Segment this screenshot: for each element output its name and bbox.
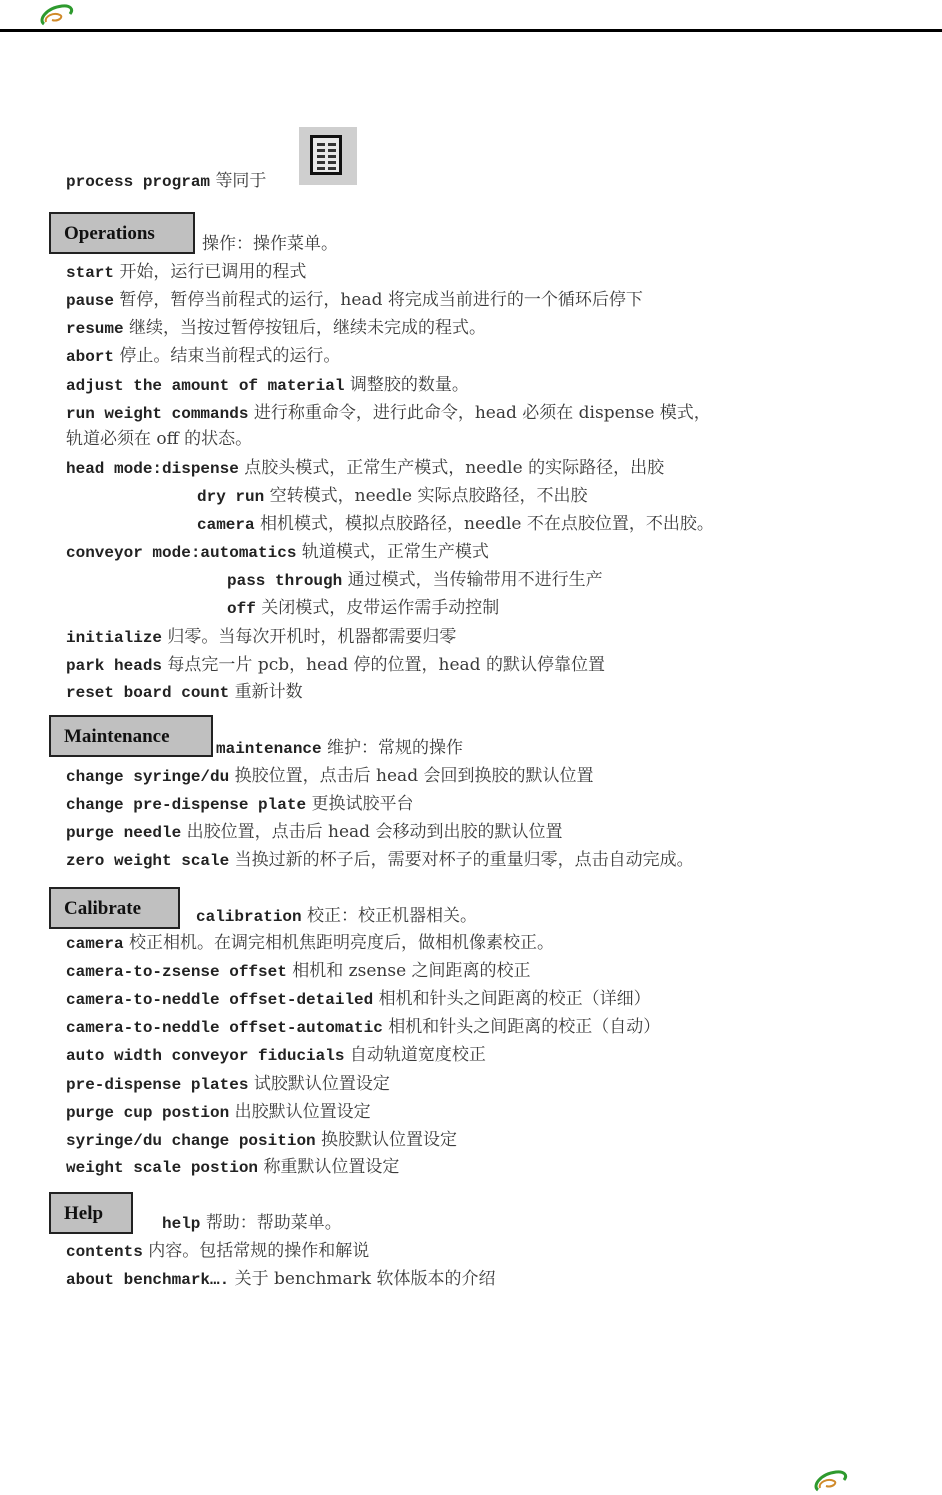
calibrate-desc: calibration 校正：校正机器相关。 xyxy=(196,906,477,927)
list-item: abort 停止。结束当前程式的运行。 xyxy=(66,346,340,367)
swirl-logo-icon xyxy=(36,4,76,26)
list-item: change pre-dispense plate 更换试胶平台 xyxy=(66,794,413,815)
list-item: head mode:dispense 点胶头模式，正常生产模式，needle 的… xyxy=(66,458,664,479)
list-item: start 开始，运行已调用的程式 xyxy=(66,262,306,283)
menu-calibrate[interactable]: Calibrate xyxy=(49,887,180,929)
list-item: camera 校正相机。在调完相机焦距明亮度后，做相机像素校正。 xyxy=(66,933,554,954)
list-item: camera-to-zsense offset 相机和 zsense 之间距离的… xyxy=(66,961,531,982)
menu-maintenance[interactable]: Maintenance xyxy=(49,715,213,757)
intro-en: process program xyxy=(66,173,210,191)
list-item: pre-dispense plates 试胶默认位置设定 xyxy=(66,1074,390,1095)
list-item: weight scale postion 称重默认位置设定 xyxy=(66,1157,399,1178)
header-rule xyxy=(0,29,942,32)
intro-zh: 等同于 xyxy=(215,171,266,191)
list-item-continuation: 轨道必须在 off 的状态。 xyxy=(66,429,252,449)
operations-desc: 操作：操作菜单。 xyxy=(202,234,338,254)
list-item: resume 继续，当按过暂停按钮后，继续未完成的程式。 xyxy=(66,318,486,339)
list-item: run weight commands 进行称重命令，进行此命令，head 必须… xyxy=(66,403,711,424)
list-item: change syringe/du 换胶位置，点击后 head 会回到换胶的默认… xyxy=(66,766,593,787)
list-item: auto width conveyor fiducials 自动轨道宽度校正 xyxy=(66,1045,486,1066)
list-item: purge cup postion 出胶默认位置设定 xyxy=(66,1102,371,1123)
list-item: park heads 每点完一片 pcb，head 停的位置，head 的默认停… xyxy=(66,655,605,676)
list-item: contents 内容。包括常规的操作和解说 xyxy=(66,1241,369,1262)
list-item: initialize 归零。当每次开机时，机器都需要归零 xyxy=(66,627,456,648)
list-item: camera-to-neddle offset-automatic 相机和针头之… xyxy=(66,1017,660,1038)
list-item: reset board count 重新计数 xyxy=(66,682,303,703)
swirl-logo-icon xyxy=(810,1470,850,1492)
menu-help[interactable]: Help xyxy=(49,1192,133,1234)
maintenance-desc: maintenance 维护：常规的操作 xyxy=(216,738,463,759)
list-item: zero weight scale 当换过新的杯子后，需要对杯子的重量归零，点击… xyxy=(66,850,694,871)
list-item: adjust the amount of material 调整胶的数量。 xyxy=(66,375,469,396)
list-item: camera 相机模式，模拟点胶路径，needle 不在点胶位置，不出胶。 xyxy=(197,514,714,535)
list-item: about benchmark…. 关于 benchmark 软体版本的介绍 xyxy=(66,1269,496,1290)
list-item: dry run 空转模式，needle 实际点胶路径，不出胶 xyxy=(197,486,587,507)
list-item: off 关闭模式，皮带运作需手动控制 xyxy=(227,598,499,619)
menu-operations[interactable]: Operations xyxy=(49,212,195,254)
process-program-icon[interactable] xyxy=(299,127,357,185)
list-item: conveyor mode:automatics 轨道模式，正常生产模式 xyxy=(66,542,489,563)
list-item: syringe/du change position 换胶默认位置设定 xyxy=(66,1130,457,1151)
list-item: camera-to-neddle offset-detailed 相机和针头之间… xyxy=(66,989,651,1010)
list-item: purge needle 出胶位置，点击后 head 会移动到出胶的默认位置 xyxy=(66,822,562,843)
list-item: pass through 通过模式，当传输带用不进行生产 xyxy=(227,570,603,591)
list-item: pause 暂停，暂停当前程式的运行，head 将完成当前进行的一个循环后停下 xyxy=(66,290,643,311)
intro-line: process program 等同于 xyxy=(66,171,266,192)
help-desc: help 帮助：帮助菜单。 xyxy=(162,1213,342,1234)
